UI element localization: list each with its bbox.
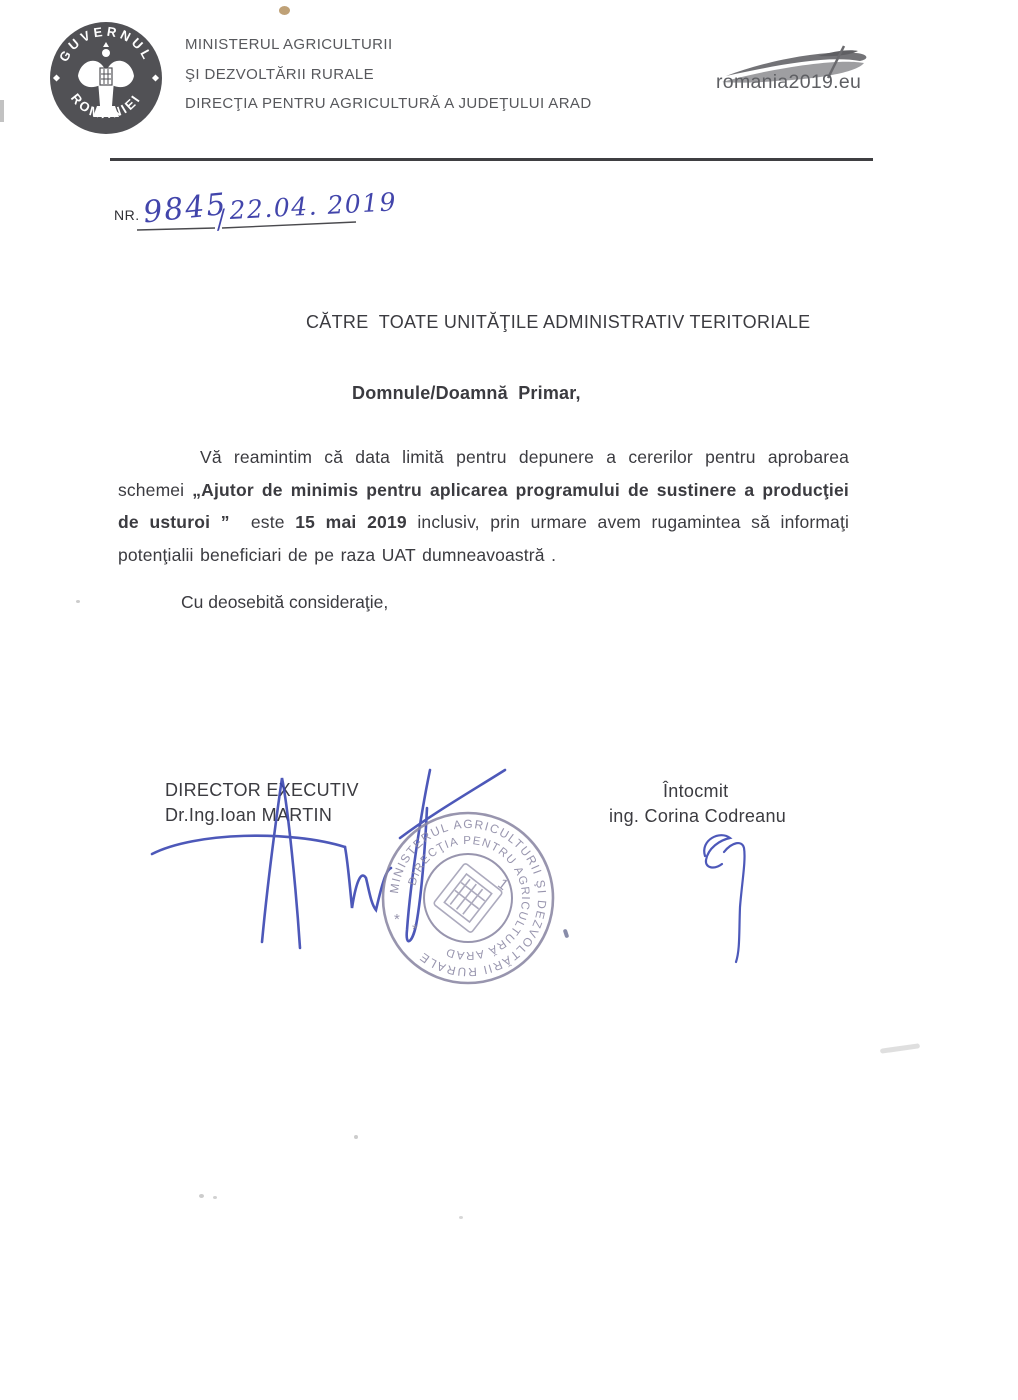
scan-speck	[199, 1194, 204, 1198]
official-round-stamp: MINISTERUL AGRICULTURII ŞI DEZVOLTĂRII R…	[370, 800, 570, 1000]
prepared-by-title: Întocmit	[663, 781, 728, 802]
letter-body-paragraph: Vă reamintim că data limită pentru depun…	[118, 441, 849, 571]
handwritten-reference: 9845 / 22.04. 2019	[108, 188, 398, 246]
ministry-line-2: ŞI DEZVOLTĂRII RURALE	[185, 60, 592, 90]
stamp-number: 1	[494, 875, 511, 894]
government-of-romania-seal: GUVERNUL ROMÂNIEI	[44, 18, 168, 140]
scan-edge-mark	[0, 100, 4, 122]
ministry-line-1: MINISTERUL AGRICULTURII	[185, 30, 592, 60]
scan-speck	[354, 1135, 358, 1139]
stamp-star-2: *	[412, 921, 418, 938]
addressee-line: CĂTRE TOATE UNITĂŢILE ADMINISTRATIV TERI…	[306, 312, 811, 333]
scan-smudge	[880, 1043, 920, 1054]
scan-punch-dot	[279, 6, 290, 15]
scan-speck	[213, 1196, 217, 1199]
salutation-line: Domnule/Doamnă Primar,	[352, 383, 581, 404]
stamp-star-1: *	[394, 911, 400, 928]
handwritten-date: 22.04. 2019	[228, 188, 398, 225]
ministry-line-3: DIRECŢIA PENTRU AGRICULTURĂ A JUDEŢULUI …	[185, 89, 592, 119]
prepared-by-signature	[680, 822, 770, 972]
ministry-header-block: MINISTERUL AGRICULTURII ŞI DEZVOLTĂRII R…	[185, 30, 592, 119]
scan-speck	[76, 600, 80, 603]
header-divider	[110, 158, 873, 161]
scanned-letter-page: GUVERNUL ROMÂNIEI MINISTERUL AGRICULTURI…	[0, 0, 1018, 1400]
stamp-coat-of-arms	[433, 863, 503, 934]
body-mid: este	[230, 512, 295, 532]
closing-line: Cu deosebită consideraţie,	[181, 592, 388, 613]
body-deadline: 15 mai 2019	[295, 512, 407, 532]
scan-speck	[459, 1216, 463, 1219]
romania2019-logo-text: romania2019.eu	[716, 71, 861, 94]
